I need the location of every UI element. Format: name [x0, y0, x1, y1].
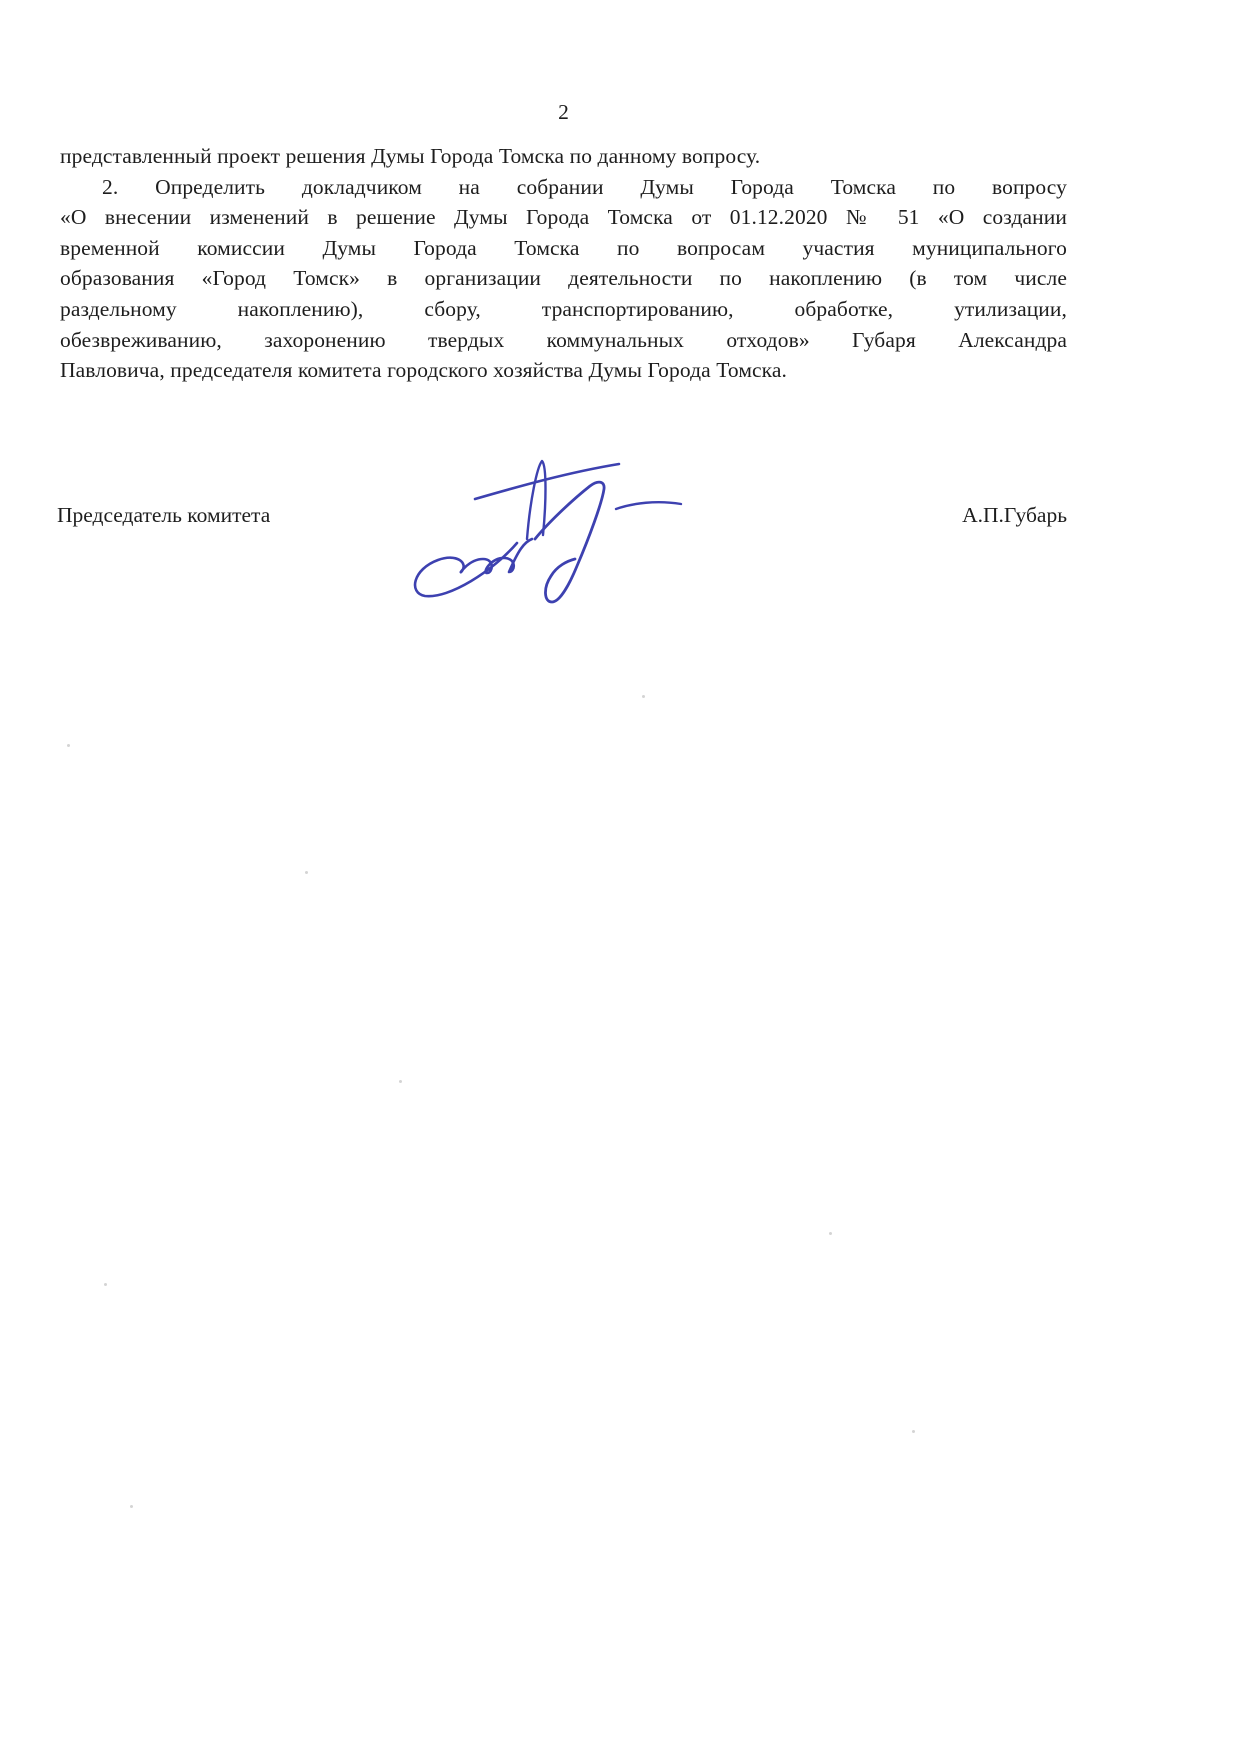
- scan-speck: [130, 1505, 133, 1508]
- document-body: представленный проект решения Думы Город…: [60, 141, 1067, 386]
- scan-speck: [912, 1430, 915, 1433]
- paragraph-line: Павловича, председателя комитета городск…: [60, 355, 1067, 386]
- scanned-document-page: 2 представленный проект решения Думы Гор…: [0, 0, 1240, 1753]
- paragraph-line: 2. Определить докладчиком на собрании Ду…: [60, 172, 1067, 203]
- scan-speck: [104, 1283, 107, 1286]
- paragraph-line: представленный проект решения Думы Город…: [60, 141, 1067, 172]
- scan-speck: [642, 695, 645, 698]
- paragraph-line: «О внесении изменений в решение Думы Гор…: [60, 202, 1067, 233]
- page-number: 2: [60, 97, 1067, 127]
- paragraph-line: обезвреживанию, захоронению твердых комм…: [60, 325, 1067, 356]
- scan-speck: [399, 1080, 402, 1083]
- signer-title: Председатель комитета: [57, 500, 270, 530]
- paragraph-line: временной комиссии Думы Города Томска по…: [60, 233, 1067, 264]
- signer-name: А.П.Губарь: [962, 500, 1067, 530]
- scan-speck: [67, 744, 70, 747]
- scan-speck: [829, 1232, 832, 1235]
- handwritten-signature: [405, 455, 690, 610]
- paragraph-line: раздельному накоплению), сбору, транспор…: [60, 294, 1067, 325]
- scan-speck: [305, 871, 308, 874]
- paragraph-line: образования «Город Томск» в организации …: [60, 263, 1067, 294]
